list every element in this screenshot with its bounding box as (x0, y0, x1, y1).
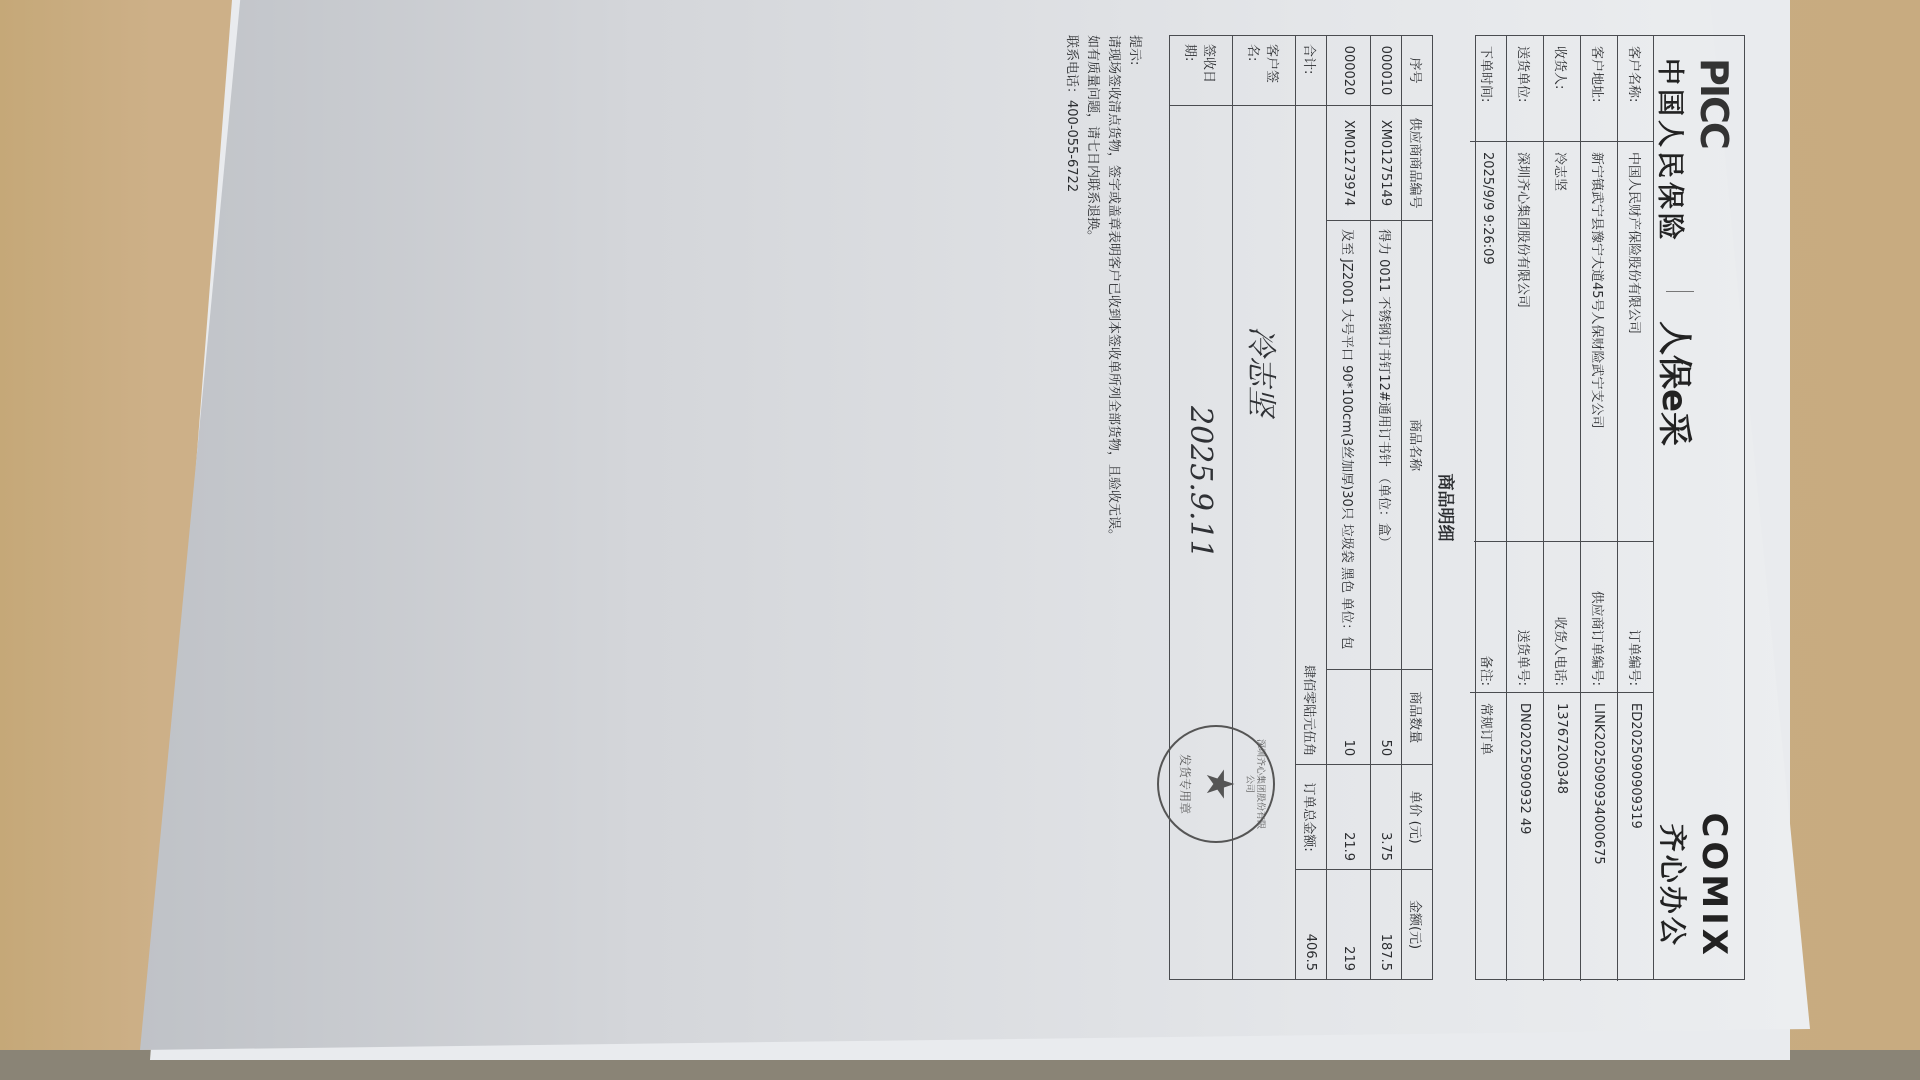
logo-row: PICC 中国人民保险 人保e采 COMIX 齐心办公 (1653, 36, 1744, 979)
info-row-receiver: 收货人:冷志坚 (1543, 36, 1580, 541)
platform-logo: 人保e采 (1653, 321, 1702, 446)
notes: 提示: 请现场签收清点货物，签字或盖章表明客户已收到本签收单所列全部货物，且验收… (1061, 35, 1145, 980)
order-info: 订单编号:ED2025090909319 供应商订单编号:LINK2025090… (1474, 541, 1654, 981)
contact-phone: 联系电话：400-055-6722 (1061, 35, 1082, 980)
picc-logo-text: 中国人民保险 (1653, 58, 1692, 244)
table-row: 000010 XM01275149 得力 0011 不锈钢订书钉12#通用订书针… (1371, 36, 1402, 980)
total-amount: 406.5 (1296, 870, 1327, 980)
col-name: 商品名称 (1402, 220, 1433, 669)
picc-logo: PICC (1692, 58, 1736, 148)
col-amount: 金额(元) (1402, 870, 1433, 980)
table-row: 000020 XM01273974 及至 JZ2001 大号平口 90*100c… (1327, 36, 1371, 980)
receipt-form: PICC 中国人民保险 人保e采 COMIX 齐心办公 客户名称:中国人民财产保… (1040, 35, 1745, 980)
customer-info: 客户名称:中国人民财产保险股份有限公司 客户地址:新宁镇武宁县豫宁大道45号人保… (1474, 36, 1654, 542)
col-seq: 序号 (1402, 36, 1433, 106)
logo-divider (1666, 291, 1694, 292)
handwritten-date: 2025.9.11 (1170, 105, 1233, 979)
notes-title: 提示: (1124, 35, 1145, 980)
delivery-receipt: PICC 中国人民保险 人保e采 COMIX 齐心办公 客户名称:中国人民财产保… (1040, 35, 1745, 980)
info-row-customer-name: 客户名称:中国人民财产保险股份有限公司 (1617, 36, 1654, 541)
info-row-order-number: 订单编号:ED2025090909319 (1617, 541, 1654, 981)
info-row-delivery-number: 送货单号:DN02025090932 49 (1506, 541, 1543, 981)
notes-line: 如有质量问题，请七日内联系退换。 (1082, 35, 1103, 980)
company-seal: 深圳齐心集团股份有限公司 ★ 发货专用章 (1157, 725, 1275, 843)
info-row-order-time: 下单时间:2025/9/9 9:26:09 (1470, 36, 1506, 541)
receipt-header: PICC 中国人民保险 人保e采 COMIX 齐心办公 客户名称:中国人民财产保… (1475, 35, 1745, 980)
total-in-words: 肆佰零陆元伍角 (1296, 105, 1327, 764)
signature-row: 客户签名: 冷志坚 (1233, 36, 1296, 980)
info-row-receiver-phone: 收货人电话:13767200348 (1543, 541, 1580, 981)
star-icon: ★ (1201, 727, 1239, 841)
goods-table-header: 序号 供应商商品编号 商品名称 商品数量 单价 (元) 金额(元) (1402, 36, 1433, 980)
notes-line: 请现场签收清点货物，签字或盖章表明客户已收到本签收单所列全部货物，且验收无误。 (1103, 35, 1124, 980)
comix-logo: COMIX 齐心办公 (1654, 812, 1734, 959)
info-row-remark: 备注:常规订单 (1470, 541, 1506, 981)
col-code: 供应商商品编号 (1402, 105, 1433, 220)
info-row-delivery-company: 送货单位:深圳齐心集团股份有限公司 (1506, 36, 1543, 541)
col-price: 单价 (元) (1402, 765, 1433, 870)
info-row-supplier-order-number: 供应商订单编号:LINK2025090934000675 (1580, 541, 1617, 981)
seal-purpose: 发货专用章 (1177, 727, 1194, 841)
info-row-customer-address: 客户地址:新宁镇武宁县豫宁大道45号人保财险武宁支公司 (1580, 36, 1617, 541)
comix-logo-cn: 齐心办公 (1654, 812, 1694, 959)
goods-title: 商品明细 (1435, 35, 1460, 980)
total-row: 合计: 肆佰零陆元伍角 订单总金额: 406.5 (1296, 36, 1327, 980)
col-qty: 商品数量 (1402, 670, 1433, 765)
seal-company: 深圳齐心集团股份有限公司 (1243, 735, 1265, 833)
handwritten-signature: 冷志坚 (1233, 105, 1296, 979)
comix-logo-en: COMIX (1694, 812, 1734, 959)
